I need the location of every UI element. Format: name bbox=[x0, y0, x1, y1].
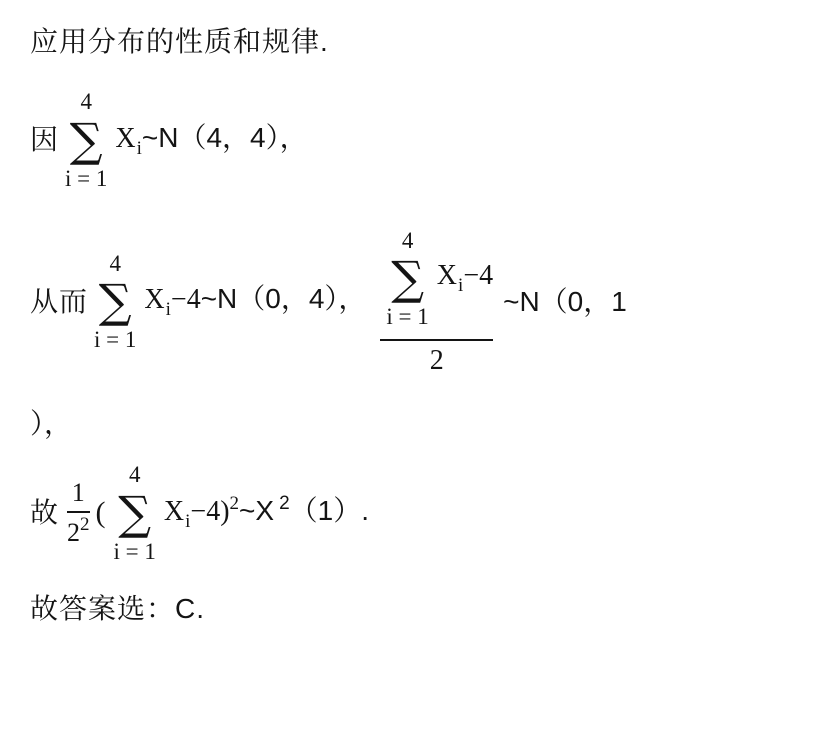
formula1-expression: Xi~N（4，4）， bbox=[115, 121, 307, 161]
formula2-distribution-2: ~N（0，1 bbox=[503, 285, 627, 319]
sum-lower-limit: i = 1 bbox=[114, 538, 156, 566]
fraction-bar bbox=[380, 339, 493, 341]
degrees-of-freedom: （1）. bbox=[290, 495, 369, 526]
fraction-numerator: 1 bbox=[72, 478, 85, 508]
open-paren: ( bbox=[96, 495, 106, 531]
solution-document: 应用分布的性质和规律. 因 4 ∑ i = 1 Xi~N（4，4）， 从而 4 … bbox=[30, 24, 820, 628]
sum-lower-limit: i = 1 bbox=[65, 165, 107, 193]
coefficient-fraction: 1 22 bbox=[67, 478, 90, 548]
sigma-symbol: ∑ bbox=[391, 254, 424, 303]
denominator-exponent: 2 bbox=[80, 514, 90, 535]
summation-notation: 4 ∑ i = 1 bbox=[94, 250, 136, 354]
answer-text: 故答案选：C. bbox=[30, 591, 205, 627]
close-paren: ) bbox=[220, 496, 229, 527]
sum-lower-limit: i = 1 bbox=[94, 326, 136, 354]
summation-notation: 4 ∑ i = 1 bbox=[114, 461, 156, 565]
distribution-text: ~N（0，1 bbox=[503, 286, 627, 317]
sigma-symbol: ∑ bbox=[99, 277, 132, 326]
summation-notation: 4 ∑ i = 1 bbox=[386, 227, 428, 331]
intro-line: 应用分布的性质和规律. bbox=[30, 24, 820, 60]
x-term-base: X bbox=[144, 284, 164, 315]
sigma-symbol: ∑ bbox=[70, 116, 103, 165]
x-term-base: X bbox=[164, 496, 184, 527]
formula-line-1: 因 4 ∑ i = 1 Xi~N（4，4）， bbox=[30, 88, 820, 192]
minus-four: −4 bbox=[190, 496, 220, 527]
sigma-symbol: ∑ bbox=[118, 489, 151, 538]
denominator-base: 2 bbox=[67, 518, 80, 547]
chi-exponent: 2 bbox=[279, 493, 290, 514]
formula1-distribution: ~N（4，4）， bbox=[142, 122, 308, 153]
formula2-distribution: ~N（0，4）， bbox=[201, 283, 367, 314]
sum-upper-limit: 4 bbox=[402, 227, 414, 255]
answer-line: 故答案选：C. bbox=[30, 591, 820, 627]
formula2-prefix: 从而 bbox=[30, 284, 88, 320]
formula3-prefix: 故 bbox=[30, 495, 59, 531]
minus-four: −4 bbox=[463, 260, 493, 291]
x-term-base: X bbox=[115, 123, 135, 154]
sum-upper-limit: 4 bbox=[109, 250, 121, 278]
formula1-prefix: 因 bbox=[30, 122, 59, 158]
x-term-base: X bbox=[437, 260, 457, 291]
fraction-denominator: 22 bbox=[67, 514, 90, 548]
numerator-expression: Xi−4 bbox=[437, 259, 493, 298]
chi-symbol: X bbox=[255, 495, 274, 526]
formula2-expression: Xi−4~N（0，4）， bbox=[144, 282, 366, 322]
fraction-numerator: 4 ∑ i = 1 Xi−4 bbox=[380, 227, 493, 331]
formula3-expression: Xi−4)2~X2（1）. bbox=[164, 493, 369, 534]
wrapped-punctuation: ）， bbox=[30, 407, 72, 441]
formula-line-3: 故 1 22 ( 4 ∑ i = 1 Xi−4)2~X2（1）. bbox=[30, 461, 820, 565]
standardized-fraction: 4 ∑ i = 1 Xi−4 2 bbox=[380, 227, 493, 378]
sum-upper-limit: 4 bbox=[80, 88, 92, 116]
sum-upper-limit: 4 bbox=[129, 461, 141, 489]
summation-notation: 4 ∑ i = 1 bbox=[65, 88, 107, 192]
fraction-bar bbox=[67, 511, 90, 513]
minus-four: −4 bbox=[171, 284, 201, 315]
tilde-symbol: ~ bbox=[239, 495, 255, 526]
formula-line-2: 从而 4 ∑ i = 1 Xi−4~N（0，4）， 4 ∑ i = 1 Xi−4… bbox=[30, 227, 820, 378]
wrapped-punctuation-line: ）， bbox=[30, 407, 820, 441]
fraction-denominator: 2 bbox=[430, 344, 444, 378]
intro-text: 应用分布的性质和规律. bbox=[30, 24, 329, 60]
square-exponent: 2 bbox=[230, 493, 240, 514]
sum-lower-limit: i = 1 bbox=[386, 303, 428, 331]
